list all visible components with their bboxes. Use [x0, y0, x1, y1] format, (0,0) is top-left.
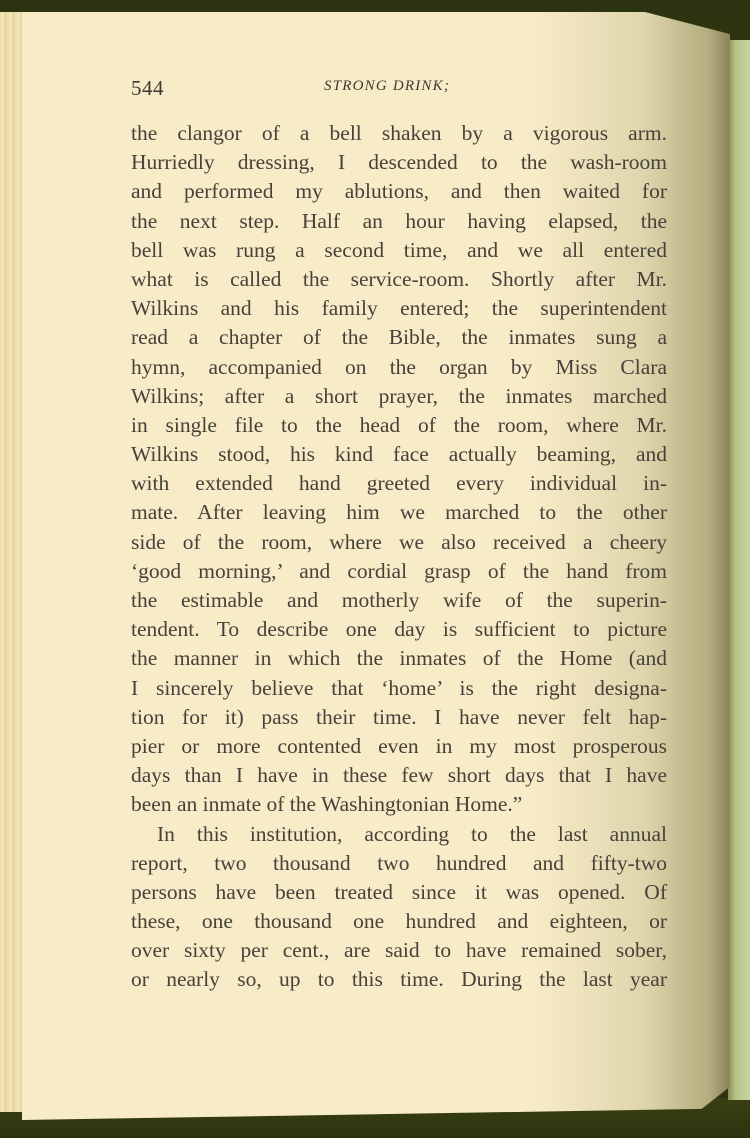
text-line: with extended hand greeted every individ… — [131, 469, 667, 498]
text-line: what is called the service-room. Shortly… — [131, 265, 667, 294]
text-line: tendent. To describe one day is sufficie… — [131, 615, 667, 644]
text-line: bell was rung a second time, and we all … — [131, 236, 667, 265]
text-line: report, two thousand two hundred and fif… — [131, 849, 667, 878]
text-line: Wilkins stood, his kind face actually be… — [131, 440, 667, 469]
running-head: STRONG DRINK; — [324, 78, 450, 95]
text-line: pier or more contented even in my most p… — [131, 732, 667, 761]
text-line: mate. After leaving him we marched to th… — [131, 498, 667, 527]
text-line: side of the room, where we also received… — [131, 528, 667, 557]
text-line: ‘good morning,’ and cordial grasp of the… — [131, 557, 667, 586]
text-line: in single file to the head of the room, … — [131, 411, 667, 440]
text-line: the clangor of a bell shaken by a vigoro… — [131, 119, 667, 148]
body-text: the clangor of a bell shaken by a vigoro… — [131, 119, 667, 995]
text-line: or nearly so, up to this time. During th… — [131, 965, 667, 994]
text-line: the next step. Half an hour having elaps… — [131, 207, 667, 236]
text-line: I sincerely believe that ‘home’ is the r… — [131, 674, 667, 703]
page-number: 544 — [131, 76, 164, 101]
text-line: the estimable and motherly wife of the s… — [131, 586, 667, 615]
text-line: Wilkins and his family entered; the supe… — [131, 294, 667, 323]
text-line: these, one thousand one hundred and eigh… — [131, 907, 667, 936]
text-line: read a chapter of the Bible, the inmates… — [131, 323, 667, 352]
text-line-paragraph-end: been an inmate of the Washingtonian Home… — [131, 790, 667, 819]
facing-page-edge — [728, 40, 750, 1100]
text-line: Wilkins; after a short prayer, the inmat… — [131, 382, 667, 411]
page-header: 544 STRONG DRINK; — [131, 76, 671, 106]
text-line: and performed my ablutions, and then wai… — [131, 177, 667, 206]
text-line: persons have been treated since it was o… — [131, 878, 667, 907]
text-line: days than I have in these few short days… — [131, 761, 667, 790]
text-line: Hurriedly dressing, I descended to the w… — [131, 148, 667, 177]
text-line: the manner in which the inmates of the H… — [131, 644, 667, 673]
text-line: over sixty per cent., are said to have r… — [131, 936, 667, 965]
text-line: hymn, accompanied on the organ by Miss C… — [131, 353, 667, 382]
text-line: tion for it) pass their time. I have nev… — [131, 703, 667, 732]
text-line-paragraph-start: In this institution, according to the la… — [131, 820, 667, 849]
